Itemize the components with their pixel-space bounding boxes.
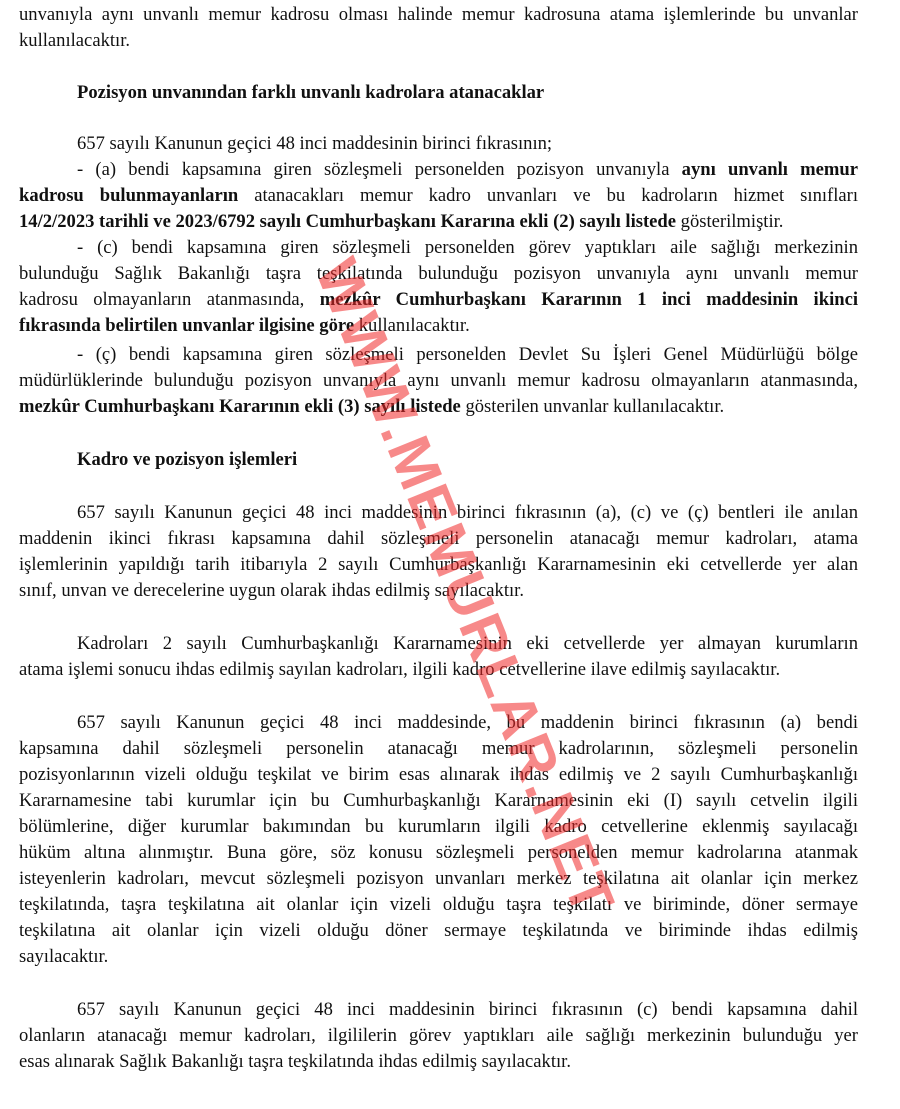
- para3-line-1: 657 sayılı Kanunun geçici 48 inci maddes…: [77, 710, 858, 736]
- para3-line-7: isteyenlerin kadroları, mevcut sözleşmel…: [19, 866, 858, 892]
- para2-line-2: atama işlemi sonucu ihdas edilmiş sayıla…: [19, 657, 780, 683]
- item-a-line-3: 14/2/2023 tarihli ve 2023/6792 sayılı Cu…: [19, 209, 783, 235]
- para1-line-2: maddenin ikinci fıkrası kapsamına dahil …: [19, 526, 858, 552]
- intro-line-1: unvanıyla aynı unvanlı memur kadrosu olm…: [19, 2, 858, 28]
- item-a-line-2: kadrosu bulunmayanların atanacakları mem…: [19, 183, 858, 209]
- para3-line-6: hüküm altına alınmıştır. Buna göre, söz …: [19, 840, 858, 866]
- para1-line-3: işlemlerinin yapıldığı tarih itibarıyla …: [19, 552, 858, 578]
- para3-line-3: pozisyonlarının vizeli olduğu teşkilat v…: [19, 762, 858, 788]
- para3-line-2: kapsamına dahil sözleşmeli personelin at…: [19, 736, 858, 762]
- para3-line-10: sayılacaktır.: [19, 944, 108, 970]
- section-heading-position-titles: Pozisyon unvanından farklı unvanlı kadro…: [77, 80, 544, 106]
- item-c-line-4: fıkrasında belirtilen unvanlar ilgisine …: [19, 313, 470, 339]
- para2-line-1: Kadroları 2 sayılı Cumhurbaşkanlığı Kara…: [77, 631, 858, 657]
- para1-line-1: 657 sayılı Kanunun geçici 48 inci maddes…: [77, 500, 858, 526]
- item-cc-line-1: - (ç) bendi kapsamına giren sözleşmeli p…: [77, 342, 858, 368]
- section1-lead: 657 sayılı Kanunun geçici 48 inci maddes…: [77, 131, 552, 157]
- section-heading-staff-position-operations: Kadro ve pozisyon işlemleri: [77, 447, 297, 473]
- para1-line-4: sınıf, unvan ve derecelerine uygun olara…: [19, 578, 524, 604]
- para3-line-9: teşkilatına ait olanlar için vizeli oldu…: [19, 918, 858, 944]
- item-c-line-2: bulunduğu Sağlık Bakanlığı taşra teşkila…: [19, 261, 858, 287]
- item-c-line-1: - (c) bendi kapsamına giren sözleşmeli p…: [77, 235, 858, 261]
- para4-line-1: 657 sayılı Kanunun geçici 48 inci maddes…: [77, 997, 858, 1023]
- item-cc-line-3: mezkûr Cumhurbaşkanı Kararının ekli (3) …: [19, 394, 724, 420]
- para3-line-5: bölümlerine, diğer kurumlar bakımından b…: [19, 814, 858, 840]
- intro-line-2: kullanılacaktır.: [19, 28, 130, 54]
- para3-line-8: teşkilatında, taşra teşkilatına ait olan…: [19, 892, 858, 918]
- para3-line-4: Kararnamesine tabi kurumlar için bu Cumh…: [19, 788, 858, 814]
- item-cc-line-2: müdürlüklerinde bulunduğu pozisyon unvan…: [19, 368, 858, 394]
- item-c-line-3: kadrosu olmayanların atanmasında, mezkûr…: [19, 287, 858, 313]
- para4-line-3: esas alınarak Sağlık Bakanlığı taşra teş…: [19, 1049, 571, 1075]
- item-a-line-1: - (a) bendi kapsamına giren sözleşmeli p…: [77, 157, 858, 183]
- para4-line-2: olanların atanacağı memur kadroları, ilg…: [19, 1023, 858, 1049]
